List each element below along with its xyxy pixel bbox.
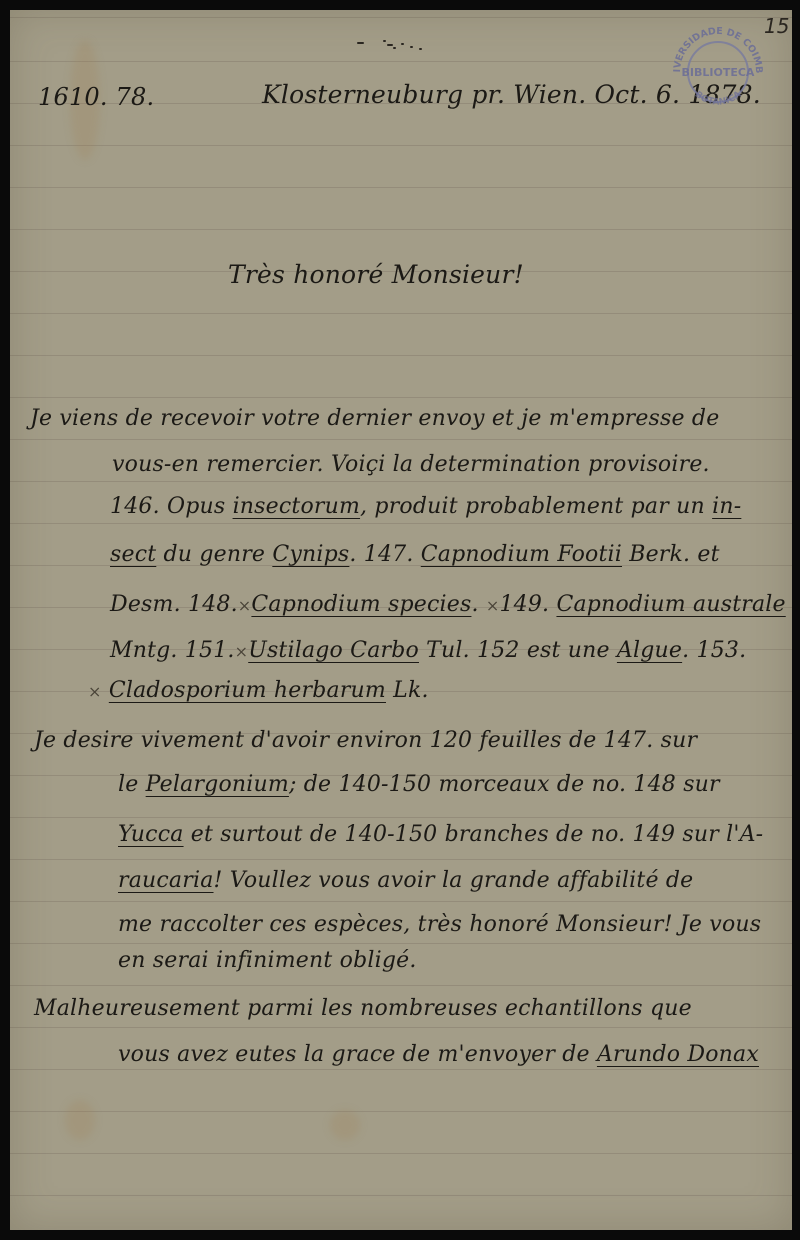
- body-line-2: vous-en remercier. Voiçi la determinatio…: [112, 452, 710, 478]
- paper-stain: [330, 1110, 360, 1140]
- ink-specks: [355, 38, 425, 52]
- svg-text:BIBLIOTECA: BIBLIOTECA: [682, 66, 755, 79]
- body-line-8: Je desire vivement d'avoir environ 120 f…: [34, 728, 697, 754]
- body-line-3: 146. Opus insectorum, produit probableme…: [110, 494, 741, 520]
- cross-mark: ×: [235, 642, 249, 661]
- body-line-1: Je viens de recevoir votre dernier envoy…: [30, 406, 719, 432]
- body-line-14: Malheureusement parmi les nombreuses ech…: [34, 996, 692, 1022]
- cross-mark: ×: [486, 596, 500, 615]
- body-line-10: Yucca et surtout de 140-150 branches de …: [118, 822, 763, 848]
- body-line-5: Desm. 148.×Capnodium species. ×149. Capn…: [110, 592, 786, 619]
- body-line-11: raucaria! Voullez vous avoir la grande a…: [118, 868, 693, 894]
- stamp-icon: UNIVERSIDADE DE COIMBRA BIBLIOTECA BOTAN…: [668, 20, 768, 120]
- taxon-name: Algue: [617, 638, 682, 663]
- taxon-name: Capnodium species: [251, 592, 471, 617]
- paper-stain: [65, 1100, 95, 1140]
- reference-number: 1610. 78.: [38, 84, 154, 110]
- body-line-9: le Pelargonium; de 140-150 morceaux de n…: [118, 772, 720, 798]
- taxon-name: raucaria: [118, 868, 214, 893]
- taxon-name: Cynips: [272, 542, 349, 567]
- body-line-15: vous avez eutes la grace de m'envoyer de…: [118, 1042, 759, 1068]
- taxon-name: Capnodium australe: [556, 592, 785, 617]
- svg-text:BOTANICA: BOTANICA: [693, 90, 744, 108]
- taxon-name: insectorum: [233, 494, 360, 519]
- salutation: Très honoré Monsieur!: [228, 262, 524, 288]
- taxon-name: Yucca: [118, 822, 184, 847]
- body-line-4: sect du genre Cynips. 147. Capnodium Foo…: [110, 542, 720, 568]
- cross-mark: ×: [88, 682, 102, 701]
- body-line-13: en serai infiniment obligé.: [118, 948, 417, 974]
- cross-mark: ×: [238, 596, 252, 615]
- body-line-12: me raccolter ces espèces, très honoré Mo…: [118, 912, 761, 938]
- body-line-7: × Cladosporium herbarum Lk.: [88, 678, 429, 705]
- taxon-name: Pelargonium: [146, 772, 289, 797]
- body-line-6: Mntg. 151.×Ustilago Carbo Tul. 152 est u…: [110, 638, 746, 665]
- taxon-name: Cladosporium herbarum: [109, 678, 386, 703]
- library-stamp: UNIVERSIDADE DE COIMBRA BIBLIOTECA BOTAN…: [668, 20, 768, 120]
- taxon-name: Ustilago Carbo: [248, 638, 419, 663]
- taxon-name: Arundo Donax: [597, 1042, 759, 1067]
- taxon-name: Capnodium Footii: [421, 542, 622, 567]
